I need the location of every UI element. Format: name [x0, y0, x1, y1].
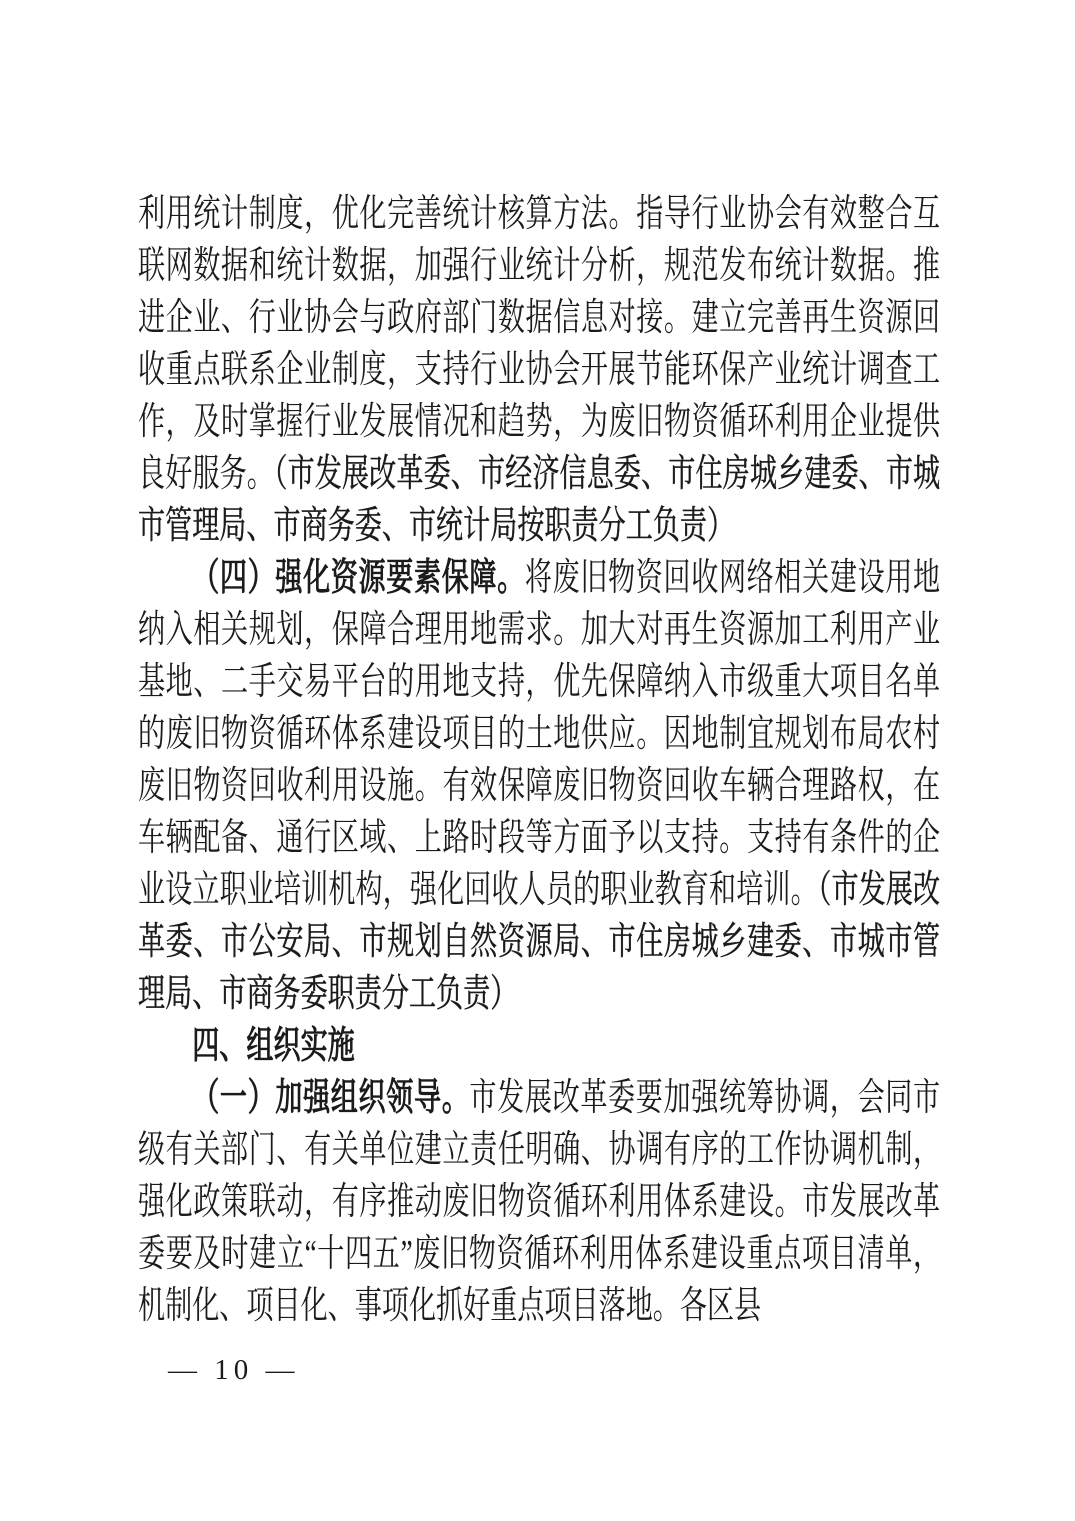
document-body-inner: 利用统计制度，优化完善统计核算方法。指导行业协会有效整合互联网数据和统计数据，加… [138, 188, 940, 1332]
paragraph: （四）强化资源要素保障。将废旧物资回收网络相关建设用地纳入相关规划，保障合理用地… [138, 552, 940, 1020]
text-segment-kai-bold: （四）强化资源要素保障。 [192, 557, 525, 599]
section-heading: 四、组织实施 [138, 1020, 940, 1072]
paragraph: 利用统计制度，优化完善统计核算方法。指导行业协会有效整合互联网数据和统计数据，加… [138, 188, 940, 552]
page-number: — 10 — [168, 1350, 300, 1390]
paragraph: （一）加强组织领导。市发展改革委要加强统筹协调，会同市级有关部门、有关单位建立责… [138, 1072, 940, 1332]
document-page: 利用统计制度，优化完善统计核算方法。指导行业协会有效整合互联网数据和统计数据，加… [0, 0, 1075, 1521]
document-body: 利用统计制度，优化完善统计核算方法。指导行业协会有效整合互联网数据和统计数据，加… [138, 188, 940, 1332]
text-segment-kai-bold: （一）加强组织领导。 [192, 1077, 469, 1119]
text-segment-body: 利用统计制度，优化完善统计核算方法。指导行业协会有效整合互联网数据和统计数据，加… [138, 193, 940, 495]
text-segment-hei-bold: 四、组织实施 [192, 1025, 355, 1067]
text-segment-body: 将废旧物资回收网络相关建设用地纳入相关规划，保障合理用地需求。加大对再生资源加工… [138, 557, 940, 911]
